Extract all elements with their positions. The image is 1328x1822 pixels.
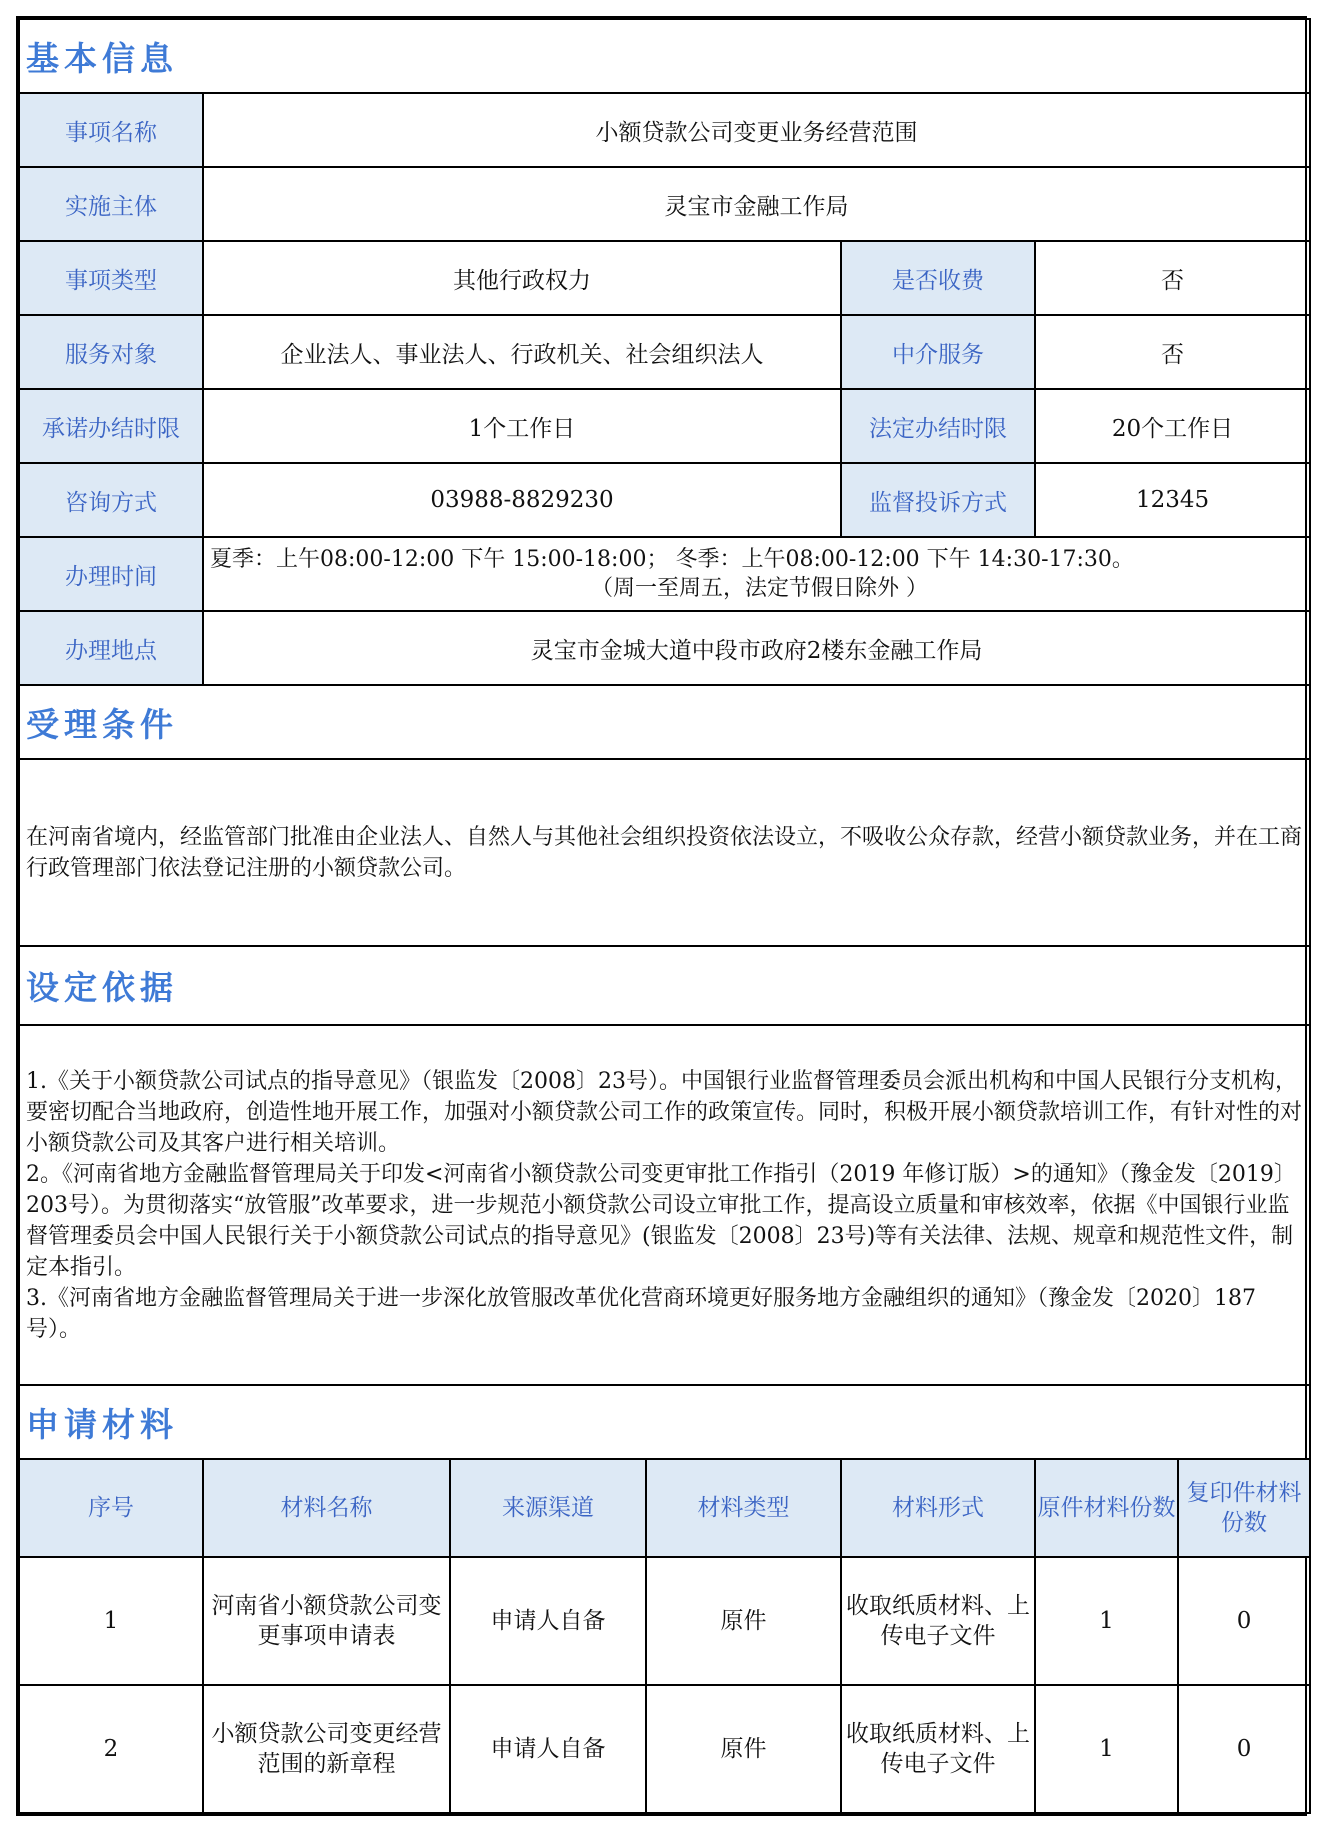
label-charge: 是否收费 — [841, 241, 1035, 315]
basis-item-2: 2。《河南省地方金融监督管理局关于印发<河南省小额贷款公司变更审批工作指引（20… — [26, 1159, 1303, 1283]
label-consult: 咨询方式 — [19, 463, 203, 537]
cell-name: 小额贷款公司变更经营范围的新章程 — [203, 1685, 450, 1813]
value-consult-phone: 03988-8829230 — [203, 463, 841, 537]
value-intermediary: 否 — [1035, 315, 1310, 389]
cell-originals: 1 — [1035, 1685, 1178, 1813]
conditions-text: 在河南省境内，经监管部门批准由企业法人、自然人与其他社会组织投资依法设立，不吸收… — [19, 759, 1310, 946]
cell-source: 申请人自备 — [450, 1685, 646, 1813]
value-legal-limit: 20个工作日 — [1035, 389, 1310, 463]
value-implementer: 灵宝市金融工作局 — [203, 167, 1310, 241]
label-legal-limit: 法定办结时限 — [841, 389, 1035, 463]
table-row: 2 小额贷款公司变更经营范围的新章程 申请人自备 原件 收取纸质材料、上传电子文… — [19, 1685, 1310, 1813]
label-service-target: 服务对象 — [19, 315, 203, 389]
basis-item-3: 3.《河南省地方金融监督管理局关于进一步深化放管服改革优化营商环境更好服务地方金… — [26, 1283, 1303, 1345]
value-location: 灵宝市金城大道中段市政府2楼东金融工作局 — [203, 611, 1310, 685]
cell-type: 原件 — [646, 1685, 841, 1813]
section-title-basic-info: 基本信息 — [19, 19, 1310, 93]
label-implementer: 实施主体 — [19, 167, 203, 241]
basic-info-table: 基本信息 事项名称 小额贷款公司变更业务经营范围 实施主体 灵宝市金融工作局 事… — [18, 18, 1311, 1814]
label-item-type: 事项类型 — [19, 241, 203, 315]
cell-name: 河南省小额贷款公司变更事项申请表 — [203, 1557, 450, 1685]
value-service-target: 企业法人、事业法人、行政机关、社会组织法人 — [203, 315, 841, 389]
cell-originals: 1 — [1035, 1557, 1178, 1685]
label-hours: 办理时间 — [19, 537, 203, 611]
col-header-originals: 原件材料份数 — [1035, 1459, 1178, 1557]
value-complaint-phone: 12345 — [1035, 463, 1310, 537]
cell-no: 2 — [19, 1685, 203, 1813]
col-header-type: 材料类型 — [646, 1459, 841, 1557]
col-header-no: 序号 — [19, 1459, 203, 1557]
value-hours: 夏季：上午08:00-12:00 下午 15:00-18:00； 冬季：上午08… — [203, 537, 1310, 611]
label-complaint: 监督投诉方式 — [841, 463, 1035, 537]
table-row: 1 河南省小额贷款公司变更事项申请表 申请人自备 原件 收取纸质材料、上传电子文… — [19, 1557, 1310, 1685]
cell-copies: 0 — [1178, 1685, 1310, 1813]
label-location: 办理地点 — [19, 611, 203, 685]
label-promised-limit: 承诺办结时限 — [19, 389, 203, 463]
value-item-name: 小额贷款公司变更业务经营范围 — [203, 93, 1310, 167]
hours-line-weekdays: （周一至周五，法定节假日除外 ） — [210, 574, 1309, 603]
hours-line-seasons: 夏季：上午08:00-12:00 下午 15:00-18:00； 冬季：上午08… — [210, 545, 1309, 574]
basis-item-1: 1.《关于小额贷款公司试点的指导意见》（银监发〔2008〕23号）。中国银行业监… — [26, 1066, 1303, 1159]
section-title-materials: 申请材料 — [19, 1385, 1310, 1459]
value-promised-limit: 1个工作日 — [203, 389, 841, 463]
basis-list: 1.《关于小额贷款公司试点的指导意见》（银监发〔2008〕23号）。中国银行业监… — [19, 1025, 1310, 1385]
label-intermediary: 中介服务 — [841, 315, 1035, 389]
col-header-source: 来源渠道 — [450, 1459, 646, 1557]
section-title-basis: 设定依据 — [19, 946, 1310, 1025]
service-guide-sheet: 基本信息 事项名称 小额贷款公司变更业务经营范围 实施主体 灵宝市金融工作局 事… — [16, 16, 1307, 1816]
label-item-name: 事项名称 — [19, 93, 203, 167]
section-title-conditions: 受理条件 — [19, 685, 1310, 759]
cell-type: 原件 — [646, 1557, 841, 1685]
col-header-copies: 复印件材料份数 — [1178, 1459, 1310, 1557]
cell-form: 收取纸质材料、上传电子文件 — [841, 1557, 1035, 1685]
value-charge: 否 — [1035, 241, 1310, 315]
col-header-name: 材料名称 — [203, 1459, 450, 1557]
materials-header-row: 序号 材料名称 来源渠道 材料类型 材料形式 原件材料份数 复印件材料份数 — [19, 1459, 1310, 1557]
cell-source: 申请人自备 — [450, 1557, 646, 1685]
value-item-type: 其他行政权力 — [203, 241, 841, 315]
cell-copies: 0 — [1178, 1557, 1310, 1685]
cell-no: 1 — [19, 1557, 203, 1685]
cell-form: 收取纸质材料、上传电子文件 — [841, 1685, 1035, 1813]
col-header-form: 材料形式 — [841, 1459, 1035, 1557]
